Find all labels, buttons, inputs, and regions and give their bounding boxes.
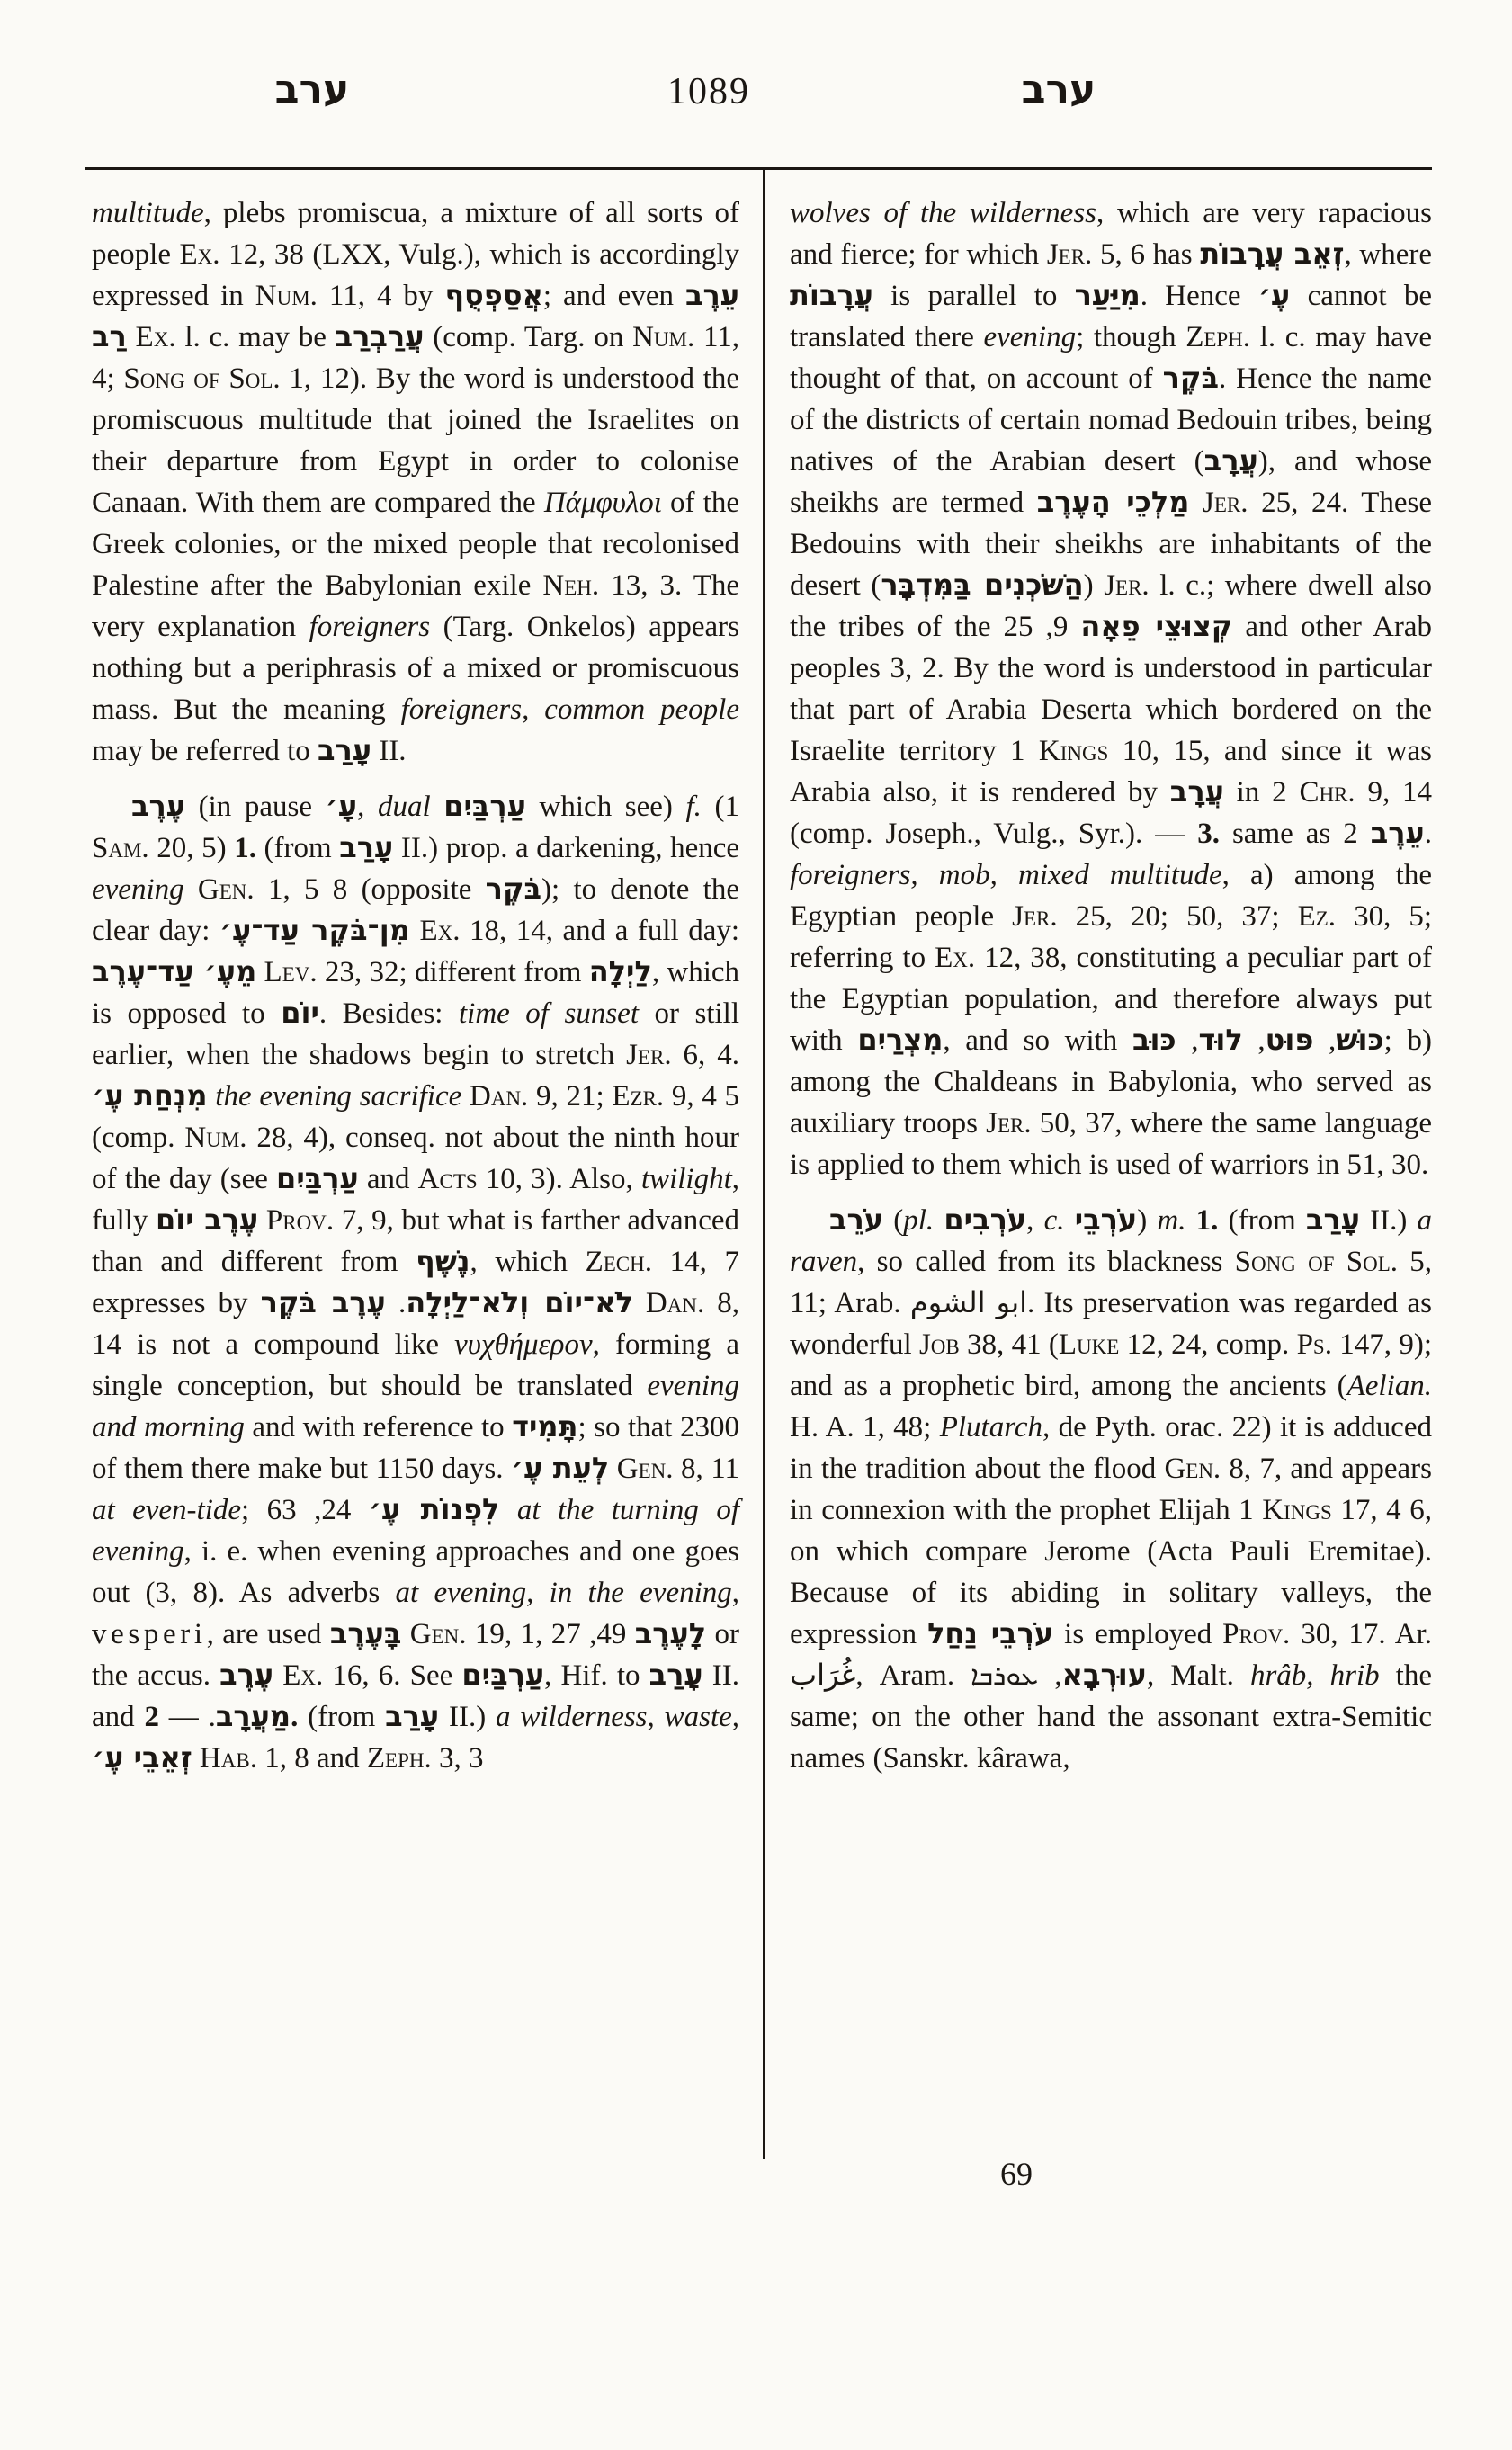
text-run: Gen. <box>198 873 255 906</box>
text-run: 6, 4. <box>672 1039 739 1071</box>
text-run: (from <box>1218 1204 1306 1237</box>
text-run: Jer. <box>1012 900 1057 933</box>
text-run: 3. <box>1197 818 1220 850</box>
text-run: 1. <box>234 832 256 864</box>
text-run: m. <box>1157 1204 1185 1237</box>
running-head-keyword-left: ערב <box>236 70 389 110</box>
text-run: ) <box>1084 569 1105 602</box>
text-run: , <box>1243 1024 1266 1057</box>
text-run: Lev. <box>264 956 318 988</box>
text-run: (from <box>298 1701 385 1733</box>
text-run: עֲרָב <box>1204 443 1258 478</box>
column-divider <box>763 170 765 2159</box>
text-run: Jer. <box>1203 487 1248 519</box>
text-run: Ezr. <box>612 1080 664 1113</box>
text-run: Sam. <box>92 832 149 864</box>
text-run: which see) <box>526 791 686 823</box>
text-run: may be referred to <box>92 735 318 767</box>
text-run: Gen. <box>617 1453 674 1485</box>
text-run: ) <box>1137 1204 1157 1237</box>
text-run: זְאֵבֵי עֶ׳ <box>92 1740 192 1775</box>
text-run <box>258 1204 266 1237</box>
text-run: מִנְחַת עֶ׳ <box>92 1078 208 1113</box>
text-run <box>410 915 420 947</box>
text-run: Kings <box>1039 735 1109 767</box>
text-run: the evening sacrifice <box>215 1080 461 1113</box>
page-number: 1089 <box>630 70 788 113</box>
text-run: Prov. <box>1222 1618 1290 1650</box>
text-run: Ex. <box>136 321 176 353</box>
text-run: in 2 <box>1224 776 1300 809</box>
text-run: עָרַב <box>339 830 393 864</box>
text-run: , <box>357 791 378 823</box>
text-run: . Besides: <box>319 997 459 1030</box>
text-run: dual <box>378 791 431 823</box>
text-run: II.) <box>1360 1204 1418 1237</box>
text-run: 3, 3 <box>432 1742 484 1775</box>
text-run: לוּד <box>1199 1023 1243 1057</box>
text-run: Ex. <box>935 942 975 974</box>
entry-continuation-mixed-multitude: multitude, plebs promiscua, a mixture of… <box>92 192 739 772</box>
text-run: , so called from its blackness <box>857 1246 1235 1278</box>
text-run: 18, 14, and a full day: <box>461 915 740 947</box>
column-left: multitude, plebs promiscua, a mixture of… <box>92 192 739 1779</box>
text-run: 5, 6 has <box>1092 238 1200 271</box>
text-run: Ex. <box>180 238 220 271</box>
text-run: תָּמִיד <box>512 1409 577 1444</box>
text-run: 1. <box>1196 1204 1219 1237</box>
text-run: hrâb, hrib <box>1250 1659 1380 1692</box>
text-run: ( <box>883 1204 903 1237</box>
text-run: עֶרֶב יוֹם <box>156 1203 258 1237</box>
text-run: עֹרֵב <box>829 1203 883 1237</box>
text-run: , Aram. <box>855 1659 971 1692</box>
text-run: 20, 5) <box>149 832 235 864</box>
text-run: غُرَاب <box>790 1658 855 1692</box>
text-run <box>192 1742 200 1775</box>
text-run: Gen. <box>1164 1453 1221 1485</box>
text-run: H. A. 1, 48; <box>790 1411 940 1444</box>
text-run: 12, 24, comp. <box>1119 1328 1296 1361</box>
text-run: Ex. <box>419 915 460 947</box>
text-run: 1, 5 8 (opposite <box>255 873 486 906</box>
text-run: twilight <box>641 1163 732 1195</box>
text-run: Πάμφυλοι <box>544 487 662 519</box>
text-run <box>1185 1204 1195 1237</box>
text-run: בָּעֶרֶב <box>330 1616 402 1650</box>
text-run: Acts <box>418 1163 478 1195</box>
text-run: II.) <box>439 1701 496 1733</box>
text-run: Dan. <box>646 1287 704 1319</box>
text-run: wolves of the wilderness <box>790 197 1096 229</box>
text-run: Zech. <box>586 1246 652 1278</box>
text-run: pl. <box>903 1204 934 1237</box>
text-run: Dan. <box>470 1080 528 1113</box>
text-run: עָרַב <box>649 1658 703 1692</box>
header-rule <box>85 167 1432 170</box>
text-run: Job <box>919 1328 960 1361</box>
text-run: Aelian. <box>1347 1370 1432 1402</box>
text-run: , <box>732 1577 739 1609</box>
text-run: Song of Sol. <box>123 362 280 395</box>
text-run: . — <box>159 1701 216 1733</box>
text-run: Luke <box>1059 1328 1119 1361</box>
text-run: Jer. <box>986 1107 1031 1140</box>
text-run: , <box>1313 1024 1336 1057</box>
text-run: ابو الشوم <box>910 1285 1027 1319</box>
text-run: , Hif. to <box>544 1659 649 1692</box>
text-run: ; <box>241 1494 267 1526</box>
text-run: , are used <box>207 1618 330 1650</box>
text-run: , and so with <box>943 1024 1132 1057</box>
text-run: מִן־בֹּקֶר עַד־עֶ׳ <box>219 913 410 947</box>
text-run: , <box>1026 1204 1043 1237</box>
text-run: vesperi <box>92 1618 207 1650</box>
text-run: Prov. <box>266 1204 334 1237</box>
text-run: עֲרָב <box>1170 774 1224 809</box>
text-run: is employed <box>1053 1618 1222 1650</box>
text-run: (in pause <box>185 791 326 823</box>
text-run: עָרַב <box>318 733 371 767</box>
text-run <box>273 1659 282 1692</box>
text-run: Jer. <box>1047 238 1092 271</box>
text-run: , where <box>1344 238 1432 271</box>
text-run <box>934 1204 944 1237</box>
text-run: Neh. <box>542 569 599 602</box>
signature-number: 69 <box>935 2155 1097 2193</box>
text-run: Ps. <box>1297 1328 1332 1361</box>
text-run: ; though <box>1076 321 1185 353</box>
text-run: עָ׳ <box>326 789 357 823</box>
text-run: . <box>386 1287 406 1319</box>
text-run: a wilderness, waste, <box>496 1701 739 1733</box>
text-run: Zeph. <box>1185 321 1250 353</box>
text-run: Gen. <box>410 1618 467 1650</box>
text-run: מַלְכֵי הָעֶרֶב <box>1037 485 1190 519</box>
text-run: 25, 20; 50, 37; <box>1058 900 1298 933</box>
text-run: , Malt. <box>1147 1659 1250 1692</box>
text-run: Ez. <box>1298 900 1336 933</box>
running-head-keyword-right: ערב <box>982 70 1135 110</box>
text-run: νυχθήμερον <box>454 1328 592 1361</box>
text-run: אֲסַפְסֻף <box>444 278 542 312</box>
text-run: 9, 21; <box>528 1080 612 1113</box>
text-run: (1 <box>702 791 739 823</box>
text-run: עֲרָבוֹת <box>790 278 873 312</box>
text-run: עֶרֶב <box>219 1658 273 1692</box>
text-run <box>401 1618 409 1650</box>
text-run: evening <box>983 321 1076 353</box>
text-run: עֶ׳ <box>1258 278 1290 312</box>
text-run: Hab. <box>200 1742 257 1775</box>
text-run: II.) prop. a darkening, hence <box>393 832 739 864</box>
text-run: 11, 4 by <box>318 280 445 312</box>
text-run: 38, 41 ( <box>960 1328 1059 1361</box>
text-run <box>208 1080 216 1113</box>
text-run <box>461 1080 470 1113</box>
text-run: זְאֵב עֲרָבוֹת <box>1200 237 1344 271</box>
text-run: at even-tide <box>92 1494 241 1526</box>
text-run: 30, 17. Ar. <box>1290 1618 1432 1650</box>
text-run: פּוּט <box>1266 1023 1314 1057</box>
text-run: time of sunset <box>459 997 639 1030</box>
text-run <box>184 873 198 906</box>
text-run: 16, 6. See <box>323 1659 461 1692</box>
text-run: Plutarch <box>940 1411 1042 1444</box>
text-run: מִיַּעַר <box>1075 278 1141 312</box>
text-run: עֹרְבֵי <box>1075 1203 1138 1237</box>
text-run: foreigners, common people <box>401 693 739 726</box>
text-run: כּוּב <box>1132 1023 1176 1057</box>
text-run: Num. <box>255 280 318 312</box>
text-run: ܥܘܪܒܐ <box>971 1660 1038 1692</box>
text-run <box>1065 1204 1075 1237</box>
text-run: Kings <box>1262 1494 1332 1526</box>
text-run: multitude <box>92 197 204 229</box>
text-run: (comp. Targ. on <box>424 321 632 353</box>
text-run: עֶרֶב בֹּקֶר <box>261 1285 386 1319</box>
text-run: foreigners <box>309 611 430 643</box>
text-run: II. <box>371 735 406 767</box>
text-run: Num. <box>632 321 694 353</box>
entry-oreb-raven: עֹרֵב (pl. עֹרְבִים, c. עֹרְבֵי) m. 1. (… <box>790 1200 1432 1779</box>
text-run <box>1189 487 1203 519</box>
text-run: . Hence <box>1141 280 1258 312</box>
text-run: f. <box>686 791 702 823</box>
text-run: l. c. may be <box>176 321 336 353</box>
text-run: עֲרַבְרַב <box>336 319 425 353</box>
text-run: ; and even <box>543 280 685 312</box>
entry-ereb-evening: עֶרֶב (in pause עָ׳, dual עַרְבַּיִם whi… <box>92 786 739 1779</box>
column-right: wolves of the wilderness, which are very… <box>790 192 1432 1779</box>
text-run: לִפְנוֹת עֶ׳ <box>369 1492 500 1526</box>
text-run <box>431 791 444 823</box>
text-run <box>256 956 264 988</box>
text-run: לֹא־יוֹם וְלֹא־לַיְלָה <box>406 1285 633 1319</box>
text-run: עֶרֶב <box>131 789 185 823</box>
text-run: is parallel to <box>873 280 1075 312</box>
text-run: at evening, in the evening <box>396 1577 732 1609</box>
text-run: נֶשֶׁף <box>416 1244 470 1278</box>
text-run <box>609 1453 616 1485</box>
text-run: עַרְבַּיִם <box>461 1658 544 1692</box>
text-run: Song of Sol. <box>1235 1246 1398 1278</box>
text-run: קְצוּצֵי פֵאָה <box>1080 609 1232 643</box>
text-run: לְעֵת עֶ׳ <box>511 1451 609 1485</box>
text-run: c. <box>1044 1204 1065 1237</box>
text-run: , <box>1038 1659 1061 1692</box>
text-run: same as <box>1220 818 1343 850</box>
text-run: and <box>359 1163 418 1195</box>
text-run: 1, 8 and <box>257 1742 367 1775</box>
text-run: כּוּשׁ <box>1336 1023 1383 1057</box>
text-run: עֹרְבֵי נַחַל <box>927 1616 1053 1650</box>
text-run: 10, 3). Also, <box>478 1163 641 1195</box>
text-run: Jer. <box>1104 569 1149 602</box>
text-run: and with reference to <box>245 1411 512 1444</box>
text-run: 19, 1, <box>467 1618 551 1650</box>
text-run: יוֹם <box>281 996 319 1030</box>
text-run: בֹּקֶר <box>1163 361 1219 395</box>
text-run: בֹּקֶר <box>486 872 541 906</box>
text-run: הַשֹּׁכְנִים בַּמִּדְבָּר <box>881 568 1083 602</box>
text-run: לַיְלָה <box>589 954 652 988</box>
text-run: 8, 11 <box>674 1453 740 1485</box>
text-run: עַרְבַּיִם <box>443 789 526 823</box>
text-run: עוּרְבָא <box>1062 1658 1147 1692</box>
page: ערב 1089 ערב multitude, plebs promiscua,… <box>0 0 1512 2450</box>
text-run: עֹרְבִים <box>944 1203 1026 1237</box>
text-run: (from <box>256 832 339 864</box>
text-run: Jer. <box>626 1039 671 1071</box>
text-run: מֵעֶ׳ עַד־עֶרֶב <box>92 954 256 988</box>
entry-continuation-wolves-of-wilderness: wolves of the wilderness, which are very… <box>790 192 1432 1185</box>
text-run: עֵרֶב <box>1371 816 1425 850</box>
text-run: Ex. <box>282 1659 323 1692</box>
text-run: foreigners, mob, mixed multitude <box>790 859 1222 891</box>
text-run: עַרְבַּיִם <box>276 1161 359 1195</box>
text-run: , which <box>470 1246 585 1278</box>
text-run: , <box>1176 1024 1199 1057</box>
text-run: 23, 32; different from <box>318 956 589 988</box>
text-run: מַעֲרָב <box>216 1699 291 1733</box>
text-run: עָרַב <box>385 1699 439 1733</box>
text-run: עָרַב <box>1306 1203 1360 1237</box>
text-run <box>127 321 136 353</box>
text-run: Chr. <box>1299 776 1355 809</box>
text-run: Zeph. <box>367 1742 432 1775</box>
text-run <box>633 1287 646 1319</box>
text-run: לָעֶרֶב <box>635 1616 706 1650</box>
text-run: Num. <box>184 1122 246 1154</box>
text-run: evening <box>92 873 184 906</box>
text-run: מִצְרַיִם <box>857 1023 943 1057</box>
